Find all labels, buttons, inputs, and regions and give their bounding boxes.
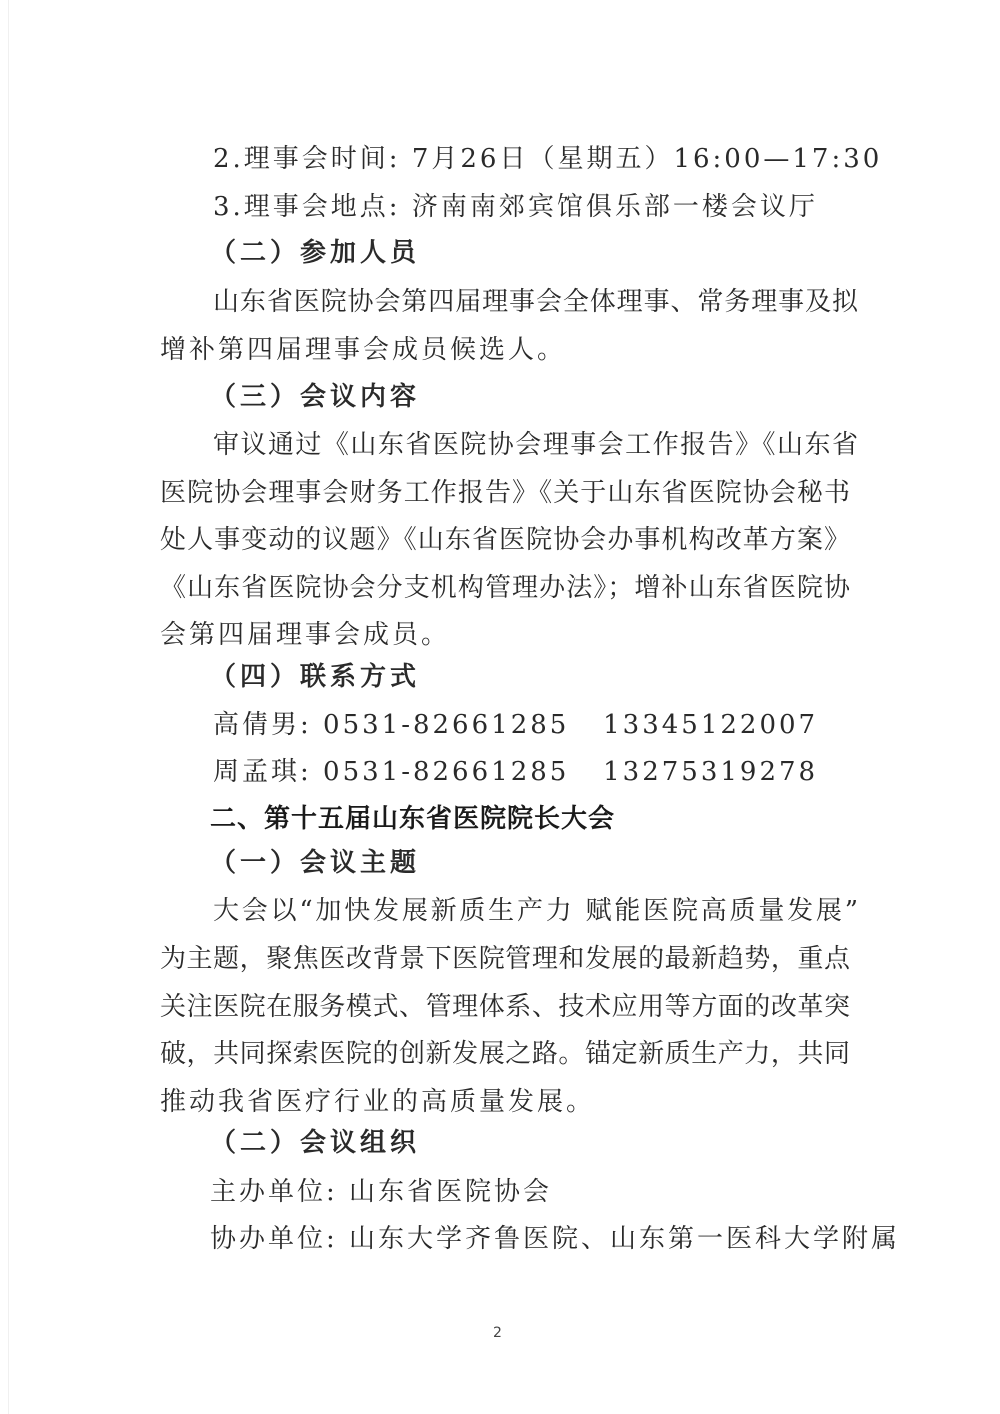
content-line-2: 医院协会理事会财务工作报告》《关于山东省医院协会秘书 <box>160 477 850 509</box>
meeting-location: 3.理事会地点: 济南南郊宾馆俱乐部一楼会议厅 <box>213 191 913 223</box>
content-line-5: 会第四届理事会成员。 <box>160 619 860 651</box>
participants-line-1: 山东省医院协会第四届理事会全体理事、常务理事及拟 <box>213 286 858 318</box>
theme-line-2: 为主题，聚焦医改背景下医院管理和发展的最新趋势，重点 <box>160 943 850 975</box>
theme-line-1: 大会以“加快发展新质生产力 赋能医院高质量发展” <box>213 895 858 927</box>
contact-line-2: 周孟琪: 0531-82661285 13275319278 <box>213 756 913 788</box>
participants-line-2: 增补第四届理事会成员候选人。 <box>160 334 860 366</box>
theme-line-4: 破，共同探索医院的创新发展之路。锚定新质生产力，共同 <box>160 1038 850 1070</box>
heading-contact: （四）联系方式 <box>210 661 910 693</box>
meeting-time: 2.理事会时间: 7月26日（星期五）16:00—17:30 <box>213 143 913 175</box>
scan-edge <box>8 0 9 1414</box>
theme-line-3: 关注医院在服务模式、管理体系、技术应用等方面的改革突 <box>160 991 850 1023</box>
content-line-4: 《山东省医院协会分支机构管理办法》；增补山东省医院协 <box>160 572 850 604</box>
heading-organization: （二）会议组织 <box>210 1127 910 1159</box>
heading-theme: （一）会议主题 <box>210 847 910 879</box>
content-line-3: 处人事变动的议题》《山东省医院协会办事机构改革方案》 <box>160 524 850 556</box>
document-page: 2.理事会时间: 7月26日（星期五）16:00—17:30 3.理事会地点: … <box>0 0 1000 1414</box>
contact-line-1: 高倩男: 0531-82661285 13345122007 <box>213 709 913 741</box>
co-organizer-line: 协办单位: 山东大学齐鲁医院、山东第一医科大学附属 <box>210 1223 910 1255</box>
organizer-line: 主办单位: 山东省医院协会 <box>210 1176 910 1208</box>
page-number: 2 <box>493 1325 502 1341</box>
heading-content: （三）会议内容 <box>210 381 910 413</box>
content-line-1: 审议通过《山东省医院协会理事会工作报告》《山东省 <box>213 429 858 461</box>
heading-congress: 二、第十五届山东省医院院长大会 <box>210 803 910 835</box>
theme-line-5: 推动我省医疗行业的高质量发展。 <box>160 1086 860 1118</box>
heading-participants: （二）参加人员 <box>210 237 910 269</box>
